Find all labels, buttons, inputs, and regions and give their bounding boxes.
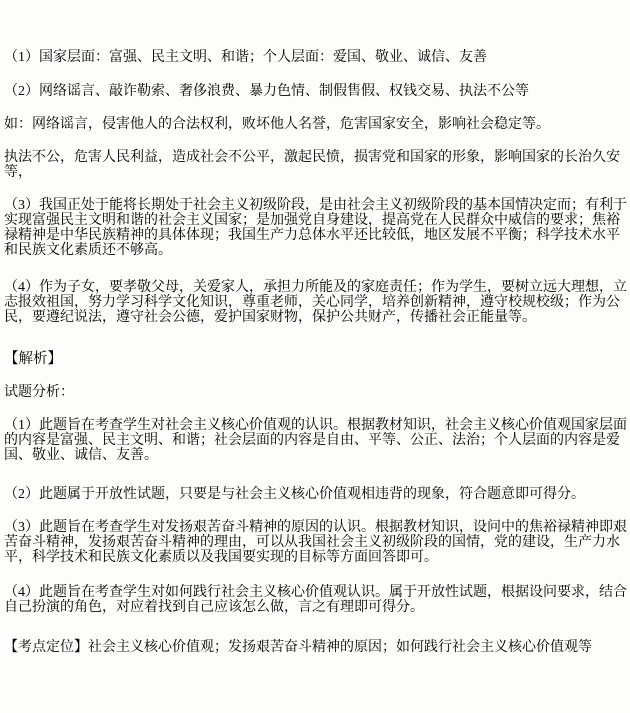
analysis-paragraph-3: （3）此题旨在考查学生对发扬艰苦奋斗精神的原因的认识。根据教材知识，设问中的焦裕…: [4, 520, 628, 565]
answer-paragraph-3: （3）我国正处于能将长期处于社会主义初级阶段，是由社会主义初级阶段的基本国情决定…: [4, 198, 628, 258]
answer-enforcement-paragraph: 执法不公，危害人民利益，造成社会不公平，激起民愤，损害党和国家的形象，影响国家的…: [4, 150, 628, 180]
answer-paragraph-1: （1）国家层面：富强、民主文明、和谐；个人层面：爱国、敬业、诚信、友善: [4, 50, 628, 65]
analysis-paragraph-2: （2）此题属于开放性试题，只要是与社会主义核心价值观相违背的现象，符合题意即可得…: [4, 487, 628, 502]
document-page: （1）国家层面：富强、民主文明、和谐；个人层面：爱国、敬业、诚信、友善 （2）网…: [0, 0, 630, 713]
answer-paragraph-2: （2）网络谣言、敲诈勒索、奢侈浪费、暴力色情、制假售假、权钱交易、执法不公等: [4, 84, 628, 99]
analysis-subheading: 试题分析：: [4, 385, 628, 400]
answer-paragraph-4: （4）作为子女，要孝敬父母，关爱家人，承担力所能及的家庭责任；作为学生，要树立远…: [4, 280, 628, 325]
analysis-paragraph-4: （4）此题旨在考查学生对如何践行社会主义核心价值观认识。属于开放性试题，根据设问…: [4, 585, 628, 615]
exam-points-line: 【考点定位】社会主义核心价值观；发扬艰苦奋斗精神的原因；如何践行社会主义核心价值…: [4, 640, 628, 655]
analysis-paragraph-1: （1）此题旨在考查学生对社会主义核心价值观的认识。根据教材知识，社会主义核心价值…: [4, 418, 628, 463]
answer-example-paragraph: 如：网络谣言，侵害他人的合法权利，败坏他人名誉，危害国家安全，影响社会稳定等。: [4, 117, 628, 132]
analysis-heading: 【解析】: [4, 352, 628, 367]
